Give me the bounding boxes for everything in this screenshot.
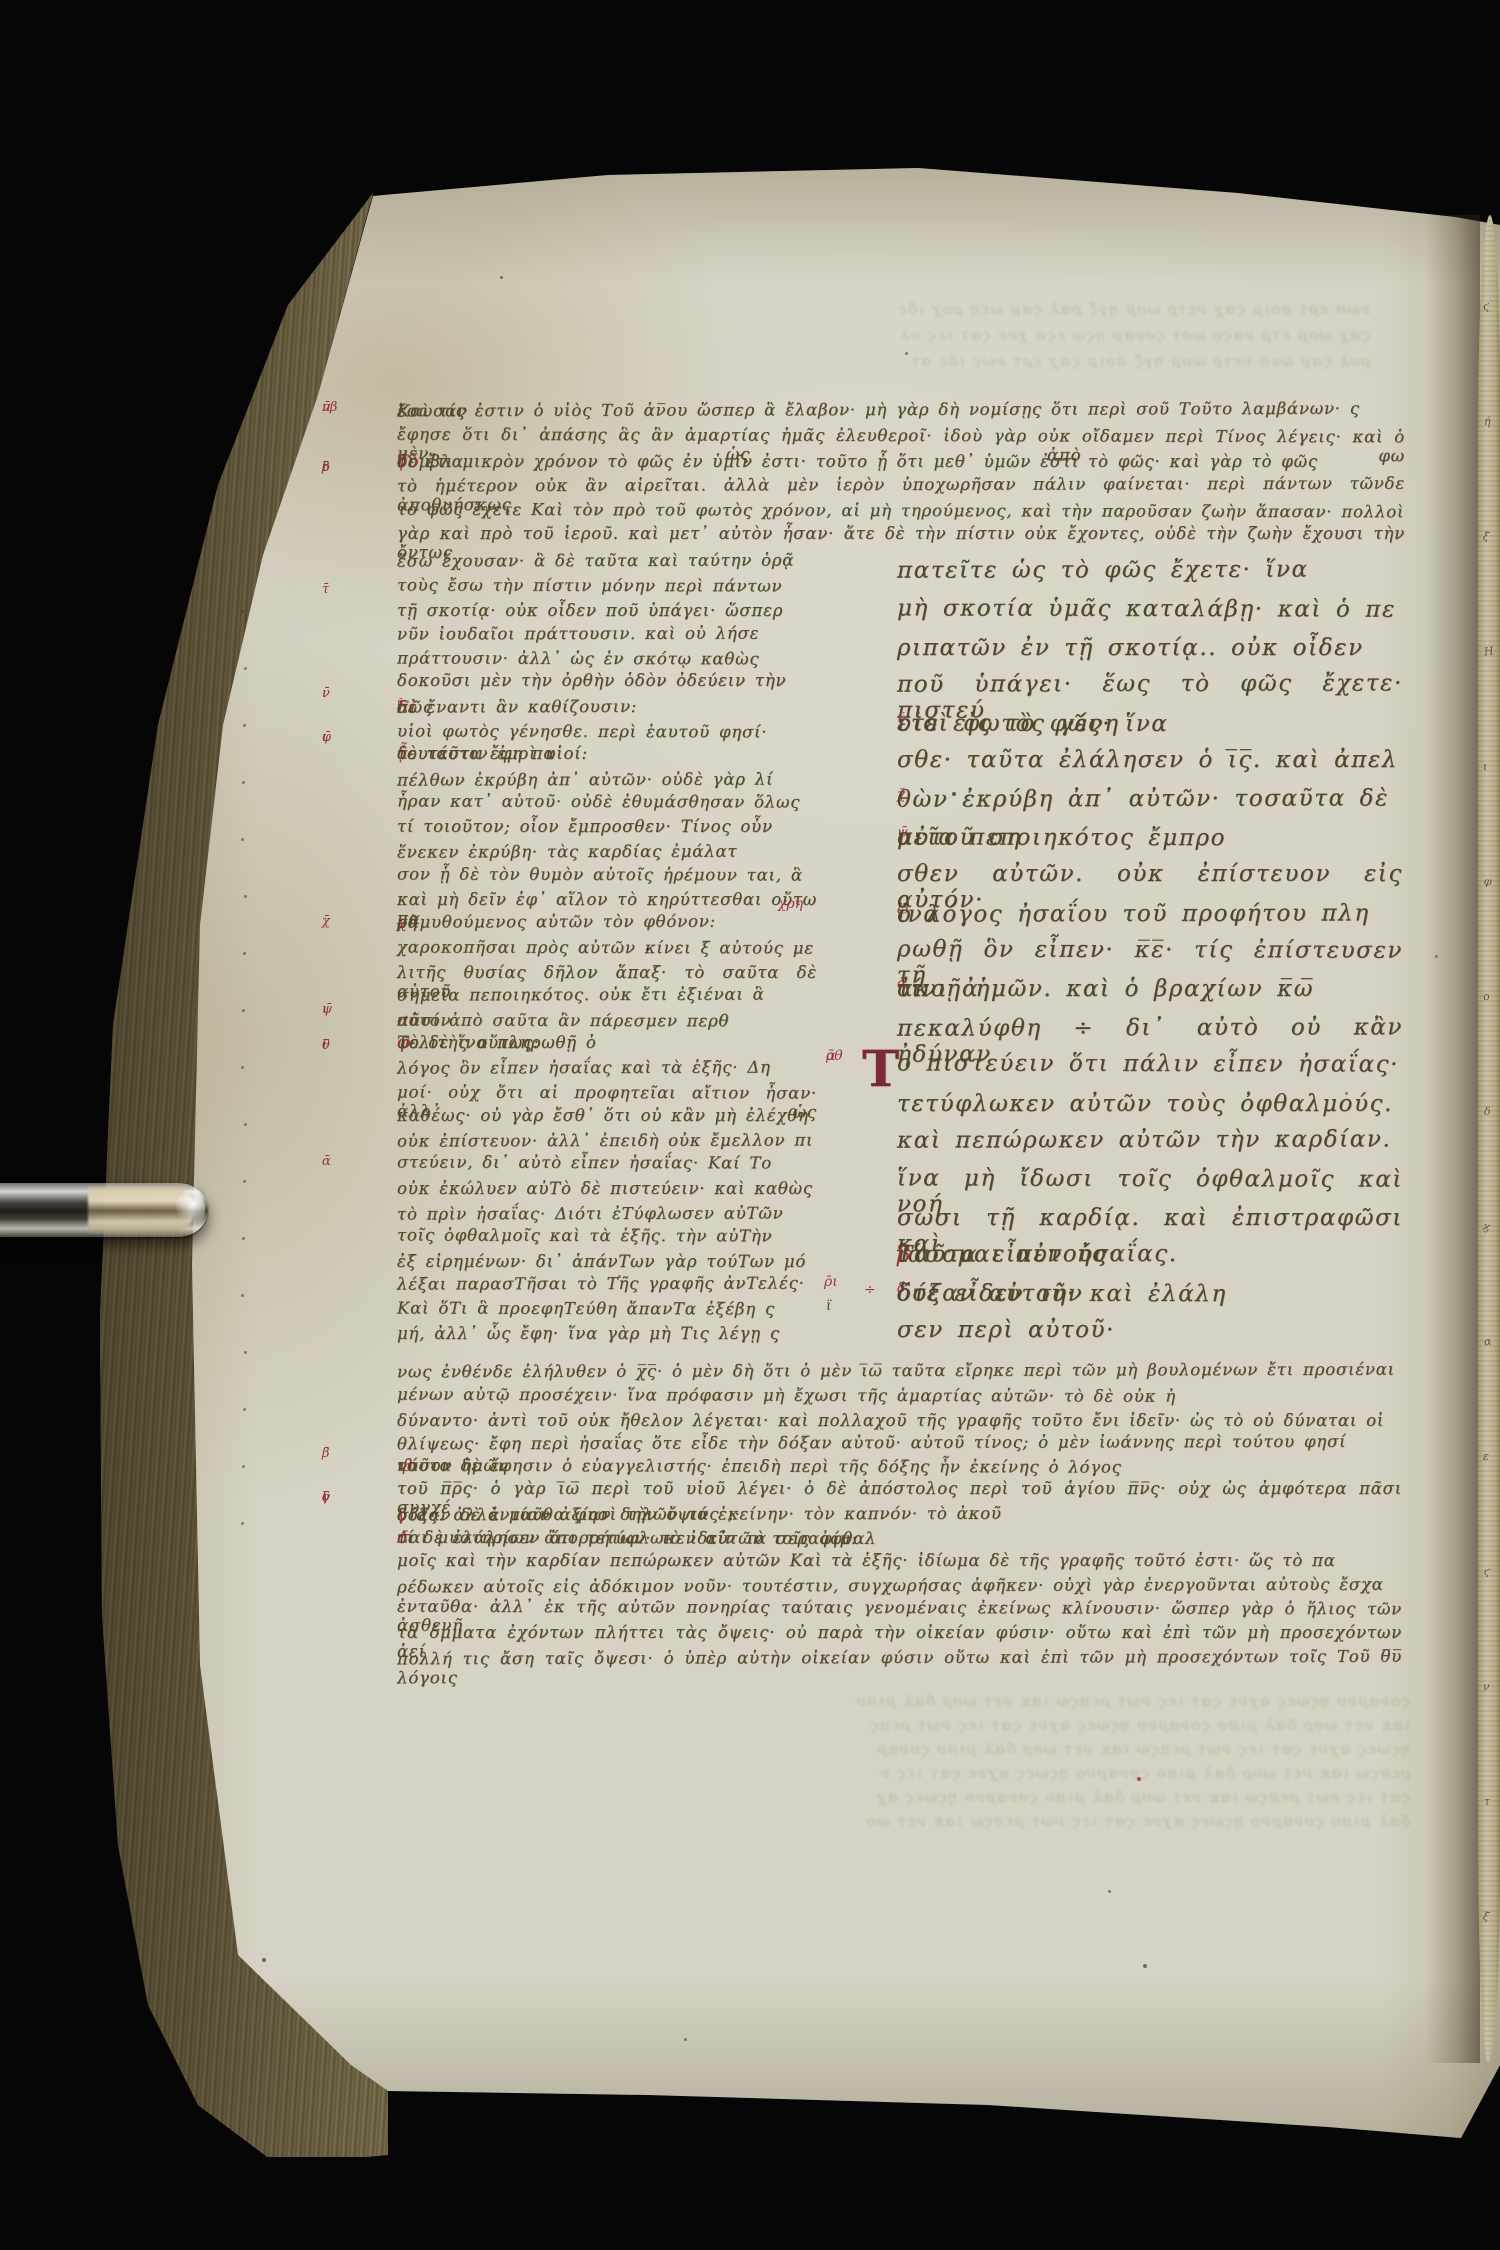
ink-text: πράττουσιν· ἀλλ᾿ ὡς ἐν σκότῳ καθὼς xyxy=(397,648,759,668)
text-line: ἔφησε ὅτι δι᾿ ἀπάσης ἃς ἂν ἁμαρτίας ἡμᾶς… xyxy=(397,425,1405,448)
text-line: ἦραν κατ᾿ αὐτοῦ· οὐδὲ ἐθυμάσθησαν ὅλως xyxy=(397,791,817,813)
ink-text: ριπατῶν ἐν τῇ σκοτίᾳ.. οὐκ οἶδεν xyxy=(897,635,1364,661)
ink-text: δόξαν δὲ ἐνταῦθα φησὶ τὴν ὄψιν ἐκείνην· … xyxy=(397,1504,1002,1525)
ink-text: οὐκ ἐπίστευον· ἀλλ᾿ ἐπειδὴ οὐκ ἔμελλον π… xyxy=(397,1130,813,1150)
fore-edge-ink-mark: τ xyxy=(1484,1795,1490,1808)
ink-text: μή, ἀλλ᾿ ὧς ἔφη· ἵνα γὰρ μὴ Τις λέγῃ ς xyxy=(397,1324,780,1343)
ink-text: δόξαν αὐτοῦ· καὶ ἐλάλη xyxy=(897,1280,1227,1307)
parchment-speck xyxy=(500,276,503,279)
text-line: τὸ πρὶν ἠσαΐας· Διότι ἐΤύφλωσεν αὐΤῶν xyxy=(397,1203,817,1225)
ink-text: Ταῦτα εἶπεν ἠσαΐας. xyxy=(897,1241,1178,1268)
text-line: πράττουσιν· ἀλλ᾿ ὡς ἐν σκότῳ καθὼς xyxy=(397,648,817,670)
text-line: τοῦ π̅ρ̅ς· ὁ γὰρ ι̅ω̅ περὶ τοῦ υἱοῦ λέγε… xyxy=(397,1479,1402,1500)
margin-numeral: νβ xyxy=(322,400,337,415)
text-line: ραμυθούμενος αὐτῶν τὸν φθόνον: χρὴ xyxy=(397,911,817,933)
fore-edge-ink-mark: ν xyxy=(1482,1680,1490,1694)
text-line: καὶ μὴ δεῖν ἐφ᾿ αἵλον τὸ κηρύττεσθαι οὕτ… xyxy=(397,890,817,911)
rubric-initial-T: Τ xyxy=(862,1046,899,1092)
text-line: χαροκοπῆσαι πρὸς αὐτῶν κίνει ξ αὐτούς με xyxy=(397,937,817,959)
text-line: ριπατῶν ἐν τῇ σκοτίᾳ.. οὐκ οἶδεν xyxy=(897,635,1403,664)
text-line: φελιτὴς οὕτως: ῶ Τὸ δὲ ἵνα πληρωθῇ ὁ xyxy=(397,1033,817,1054)
text-line: σωσι τῇ καρδίᾳ. καὶ ἐπιστραφῶσι καὶ xyxy=(897,1205,1403,1234)
text-line: υἱοὶ φωτὸς γένησθε. περὶ ἑαυτοῦ φησί· xyxy=(397,721,817,743)
ink-text: λέξαι παρασΤῆσαι τὸ Τῆς γραφῆς ἀνΤελές· xyxy=(397,1273,805,1293)
fore-edge-ink-mark: ι xyxy=(1483,760,1487,773)
margin-numeral: β̄ xyxy=(322,1446,330,1461)
pricking-hole xyxy=(241,838,244,841)
text-line: λιτῆς θυσίας δῆλον ἅπαξ· τὸ σαῦτα δὲ αὐτ… xyxy=(397,963,817,984)
parchment-speck xyxy=(262,1958,266,1962)
text-line: δὲ ἔναντι ἂν καθίζουσιν: ν̄ Εἰ πῶς xyxy=(397,696,817,718)
ink-text: δοκοῦσι μὲν τὴν ὀρθὴν ὁδὸν ὁδεύειν τὴν xyxy=(397,671,786,690)
text-line: πολλή τις ἄση ταῖς ὄψεσι· ὁ ὑπὲρ αὐτὴν ο… xyxy=(397,1647,1402,1670)
gutter-mark: χρη xyxy=(778,896,803,912)
text-line: νόμβλα ϙ̓· Τὸ δὲ ἔτι μικρὸν χρόνον τὸ φῶ… xyxy=(397,452,1405,473)
ink-text: χαροκοπῆσαι πρὸς αὐτῶν κίνει ξ αὐτούς με xyxy=(397,937,814,957)
ink-text: Τὸ δὲ ἵνα πληρωθῇ ὁ xyxy=(397,1033,597,1052)
ink-text: μένων αὐτῷ προσέχειν· ἵνα πρόφασιν μὴ ἔχ… xyxy=(397,1385,1176,1406)
text-line: μοῖς καὶ τὴν καρδίαν πεπώρωκεν αὐτῶν Καὶ… xyxy=(397,1551,1402,1572)
pricking-hole xyxy=(244,1351,247,1354)
text-line: τοὺς ἔσω τὴν πίστιν μόνην περὶ πάντων xyxy=(397,575,817,597)
text-line: πατεῖτε ὡς τὸ φῶς ἔχετε· ἵνα xyxy=(897,556,1403,586)
ink-text: Καὶ τίς ἐστιν ὁ υἱὸς Τοῦ ἀν̅ου ὥσπερ ἃ ἔ… xyxy=(397,399,1360,421)
text-line: οὐκ ἐκώλυεν αὐΤὸ δὲ πιστεύειν· καὶ καθὼς xyxy=(397,1179,817,1200)
pricking-hole xyxy=(241,610,244,613)
margin-numeral: χ̄ xyxy=(322,914,330,929)
ink-text: ἐξ εἰρημένων· δι᾿ ἁπάνΤων γὰρ τούΤων μό xyxy=(397,1252,806,1271)
ink-text: ο πιστεύειν ὅτι πάλιν εἶπεν ἠσαΐας· xyxy=(897,1050,1399,1077)
ink-text: θλίψεως· ἔφη περὶ ἠσαΐας ὅτε εἶδε τὴν δό… xyxy=(397,1432,1346,1453)
margin-numeral: δ̄ xyxy=(322,1490,330,1505)
glass-weight-rod xyxy=(0,1183,208,1237)
ink-text: τὸ πρὶν ἠσαΐας· Διότι ἐΤύφλωσεν αὐΤῶν xyxy=(397,1204,783,1224)
parchment-speck xyxy=(684,2038,687,2041)
text-line: σθε· ταῦτα ἐλάλησεν ὁ ι̅ς̅. καὶ ἀπελ xyxy=(897,747,1403,776)
parchment-speck xyxy=(618,1275,621,1278)
text-line: θλίψεως· ἔφη περὶ ἠσαΐας ὅτε εἶδε τὴν δό… xyxy=(397,1432,1402,1455)
text-line: τὸ ἡμέτερον οὐκ ἂν αἱρεῖται. ἀλλὰ μὲν ἱε… xyxy=(397,474,1405,497)
gutter-mark: ϊ xyxy=(826,1298,832,1314)
ink-text: νως ἐνθένδε ἐλήλυθεν ὁ χ̅ς̅· ὁ μὲν δὴ ὅτ… xyxy=(397,1360,1395,1382)
ink-text: τοῖς ὀφθαλμοῖς καὶ τὰ ἑξῆς. τὴν αὐΤὴν xyxy=(397,1225,772,1245)
ink-text: υἱοὶ φωτὸς γένη xyxy=(897,710,1120,737)
pricking-hole xyxy=(243,724,246,727)
text-line: ἐξ εἰρημένων· δι᾿ ἁπάνΤων γὰρ τούΤων μό xyxy=(397,1252,817,1273)
text-line: δοκοῦσι μὲν τὴν ὀρθὴν ὁδὸν ὁδεύειν τὴν xyxy=(397,671,817,692)
parchment-speck xyxy=(646,948,649,951)
pricking-hole xyxy=(241,1066,244,1069)
text-line: μή, ἀλλ᾿ ὧς ἔφη· ἵνα γὰρ μὴ Τις λέγῃ ς xyxy=(397,1324,817,1345)
fore-edge-ink-mark: Η xyxy=(1483,644,1494,658)
fore-edge-ink-mark: ή xyxy=(1484,415,1491,428)
text-line: ἔσω ἔχουσαν· ἃ δὲ ταῦτα καὶ ταύτην ὁρᾷ xyxy=(397,550,817,572)
text-line: σίας. ἀλλὰ μίαν ἀξίαν δηλῶν τάς ;· γ̄ δό… xyxy=(397,1503,1402,1526)
text-line: λέξαι παρασΤῆσαι τὸ Τῆς γραφῆς ἀνΤελές· xyxy=(397,1273,817,1295)
ink-text: δὲ ταῦτα ἔφη πα xyxy=(397,744,555,763)
glass-rod-tip-highlight xyxy=(175,1190,205,1230)
text-line: ἐνταῦθα· ἀλλ᾿ ἐκ τῆς αὐτῶν πονηρίας ταύτ… xyxy=(397,1597,1402,1620)
gutter-mark: ÷ xyxy=(864,1282,876,1298)
text-line: Καὶ ὅΤι ἃ προεφηΤεύθη ἅπανΤα ἐξέβη ς xyxy=(397,1298,817,1320)
ink-text: δὲ ἔτι μικρὸν χρόνον τὸ φῶς ἐν ὑμῖν ἐστι… xyxy=(397,452,1318,471)
pricking-hole xyxy=(244,667,247,670)
text-line: τὸ φῶς ἔχετε Καὶ τὸν πρὸ τοῦ φωτὸς χρόνο… xyxy=(397,500,1405,523)
parchment-speck xyxy=(1345,1092,1348,1095)
margin-numeral: ᾱ xyxy=(322,1154,331,1169)
text-line: μοί· οὐχ ὅτι αἱ προφητεῖαι αἴτιον ἦσαν· … xyxy=(397,1082,817,1104)
text-line: ἵνα ω̄ ὁ λόγος ἠσαΐου τοῦ προφήτου πλη xyxy=(897,900,1403,930)
ink-text: καὶ πεπώρωκεν αὐτῶν τὴν καρδίαν. xyxy=(897,1126,1391,1153)
text-line: πέλθων ἐκρύβη ἀπ᾿ αὐτῶν· οὐδὲ γὰρ λί xyxy=(397,769,817,791)
ink-text: μεῖα πεποιηκότος ἔμπρο xyxy=(897,824,1226,851)
ink-text: τῇ σκοτίᾳ· οὐκ οἶδεν ποῦ ὑπάγει· ὥσπερ xyxy=(397,601,783,620)
margin-numeral: θ̄ xyxy=(322,1038,330,1053)
text-line: αὐτοῦ σηψ̄μεῖα πεποιηκότος ἔμπρο xyxy=(897,824,1403,854)
handwritten-text-layer: ἔσωσαν ⁖ Καὶ τίς ἐστιν ὁ υἱὸς Τοῦ ἀν̅ου … xyxy=(0,0,1500,2250)
ink-text: υἱοὶ φωτὸς γένησθε. περὶ ἑαυτοῦ φησί· xyxy=(397,721,767,741)
ink-text: τίνι ἀ xyxy=(897,976,979,1002)
ink-text: τοὺς ἔσω τὴν πίστιν μόνην περὶ πάντων xyxy=(397,575,782,595)
ink-text: ἕνεκεν ἐκρύβη· τὰς καρδίας ἐμάλατ xyxy=(397,842,737,862)
ink-text: σεν περὶ αὐτοῦ· xyxy=(897,1317,1115,1343)
pricking-hole xyxy=(243,1408,246,1411)
pricking-hole xyxy=(242,1009,245,1012)
ink-text: καθέως· οὐ γὰρ ἔσθ᾿ ὅτι οὐ κἂν μὴ ἐλέχθη xyxy=(397,1106,809,1125)
ink-text: ρὴ xyxy=(397,912,418,931)
pricking-hole xyxy=(242,1465,245,1468)
margin-numeral: ι xyxy=(322,1002,327,1017)
text-line: τί τοιοῦτον; οἷον ἔμπροσθεν· Τίνος οὖν xyxy=(397,817,817,838)
ink-text: μὴ σκοτία ὑμᾶς καταλάβῃ· καὶ ὁ πε xyxy=(897,595,1396,622)
parchment-speck xyxy=(1435,955,1438,958)
text-line: χ̄θὼν ἐκρύβη ἀπ᾿ αὐτῶν· τοσαῦτα δὲ xyxy=(897,785,1403,815)
text-line: σθεν αὐτῶν. οὐκ ἐπίστευον εἰς αὐτόν· xyxy=(897,861,1403,890)
parchment-speck xyxy=(905,352,908,355)
text-line: τῇ σκοτίᾳ· οὐκ οἶδεν ποῦ ὑπάγει· ὥσπερ xyxy=(397,601,817,622)
photo-stage: νωσ ερτ ποιμ ςαχ νετρ ωομ ηγξ ραλ ςαμ ωε… xyxy=(0,0,1500,2250)
text-line: λόγος ὃν εἶπεν ἠσαΐας καὶ τὰ ἑξῆς· Δη xyxy=(397,1057,817,1079)
text-line: νόσον ἡμῶν ·β̄· ταῦτα δὲ ἔφησιν ὁ εὐαγγε… xyxy=(397,1456,1402,1479)
ink-text: πατεῖτε ὡς τὸ φῶς ἔχετε· ἵνα xyxy=(897,557,1309,584)
text-line: ἰάσομαι αὐτούς· β̄ Ταῦτα εἶπεν ἠσαΐας. xyxy=(897,1240,1403,1270)
text-line: ἔσωσαν ⁖ Καὶ τίς ἐστιν ὁ υἱὸς Τοῦ ἀν̅ου … xyxy=(397,399,1405,422)
text-line: μὴ σκοτία ὑμᾶς καταλάβῃ· καὶ ὁ πε xyxy=(897,595,1403,625)
fore-edge-ink-mark: φ xyxy=(1483,875,1492,889)
text-line: νως ἐνθένδε ἐλήλυθεν ὁ χ̅ς̅· ὁ μὲν δὴ ὅτ… xyxy=(397,1360,1402,1383)
ink-text: στεύειν, δι᾿ αὐτὸ εἶπεν ἠσαΐας· Καί Το xyxy=(397,1152,772,1172)
text-line: ρωθῇ ὃν εἶπεν· κ̅ε̅· τίς ἐπίστευσεν τῇ xyxy=(897,936,1403,966)
ink-text: τὸ φῶς ἔχετε Καὶ τὸν πρὸ τοῦ φωτὸς χρόνο… xyxy=(397,500,1404,522)
pricking-hole xyxy=(243,952,246,955)
text-line: ποῦ ὑπάγει· ἕως τὸ φῶς ἔχετε· πιστεύ xyxy=(897,670,1403,700)
ink-text: τετύφλωκεν αὐτῶν τοὺς ὀφθαλμούς. xyxy=(897,1091,1393,1117)
text-line: καθέως· οὐ γὰρ ἔσθ᾿ ὅτι οὐ κἂν μὴ ἐλέχθη xyxy=(397,1106,817,1127)
text-line: μένων αὐτῷ προσέχειν· ἵνα πρόφασιν μὴ ἔχ… xyxy=(397,1385,1402,1408)
margin-numeral: ι xyxy=(322,686,327,701)
pricking-hole xyxy=(244,1123,247,1126)
text-line: αὐτόν ⁖ πᾶσι ἀπὸ σαῦτα ἂν πάρεσμεν περθ xyxy=(397,1010,817,1032)
text-line: ἵνα μὴ ἴδωσι τοῖς ὀφθαλμοῖς καὶ νοή xyxy=(897,1165,1403,1195)
ink-text: σθε· ταῦτα ἐλάλησεν ὁ ι̅ς̅. καὶ ἀπελ xyxy=(897,747,1398,773)
text-line: τὰ ὄμματα ἐχόντων πλήττει τὰς ὄψεις· οὐ … xyxy=(397,1623,1402,1644)
pricking-hole xyxy=(243,1180,246,1183)
ink-text: σον ᾗ δὲ τὸν θυμὸν αὐτοῖς ἠρέμουν ται, ἃ xyxy=(397,864,803,884)
margin-numeral: ο xyxy=(322,460,330,475)
fore-edge-ink-mark: ο xyxy=(1482,990,1490,1004)
ink-text: πολλή τις ἄση ταῖς ὄψεσι· ὁ ὑπὲρ αὐτὴν ο… xyxy=(397,1647,1402,1688)
text-line: γὰρ καὶ πρὸ τοῦ ἱεροῦ. καὶ μετ᾿ αὐτὸν ἦσ… xyxy=(397,524,1405,545)
ink-text: θὼν ἐκρύβη ἀπ᾿ αὐτῶν· τοσαῦτα δὲ xyxy=(897,785,1389,812)
text-line: ἀκοῇ ἡμῶν. καὶ ὁ βραχίων κ̅ω̅ ᾱ τίνι ἀ xyxy=(897,976,1403,1005)
ink-text: πᾶσι ἀπὸ σαῦτα ἂν πάρεσμεν περθ xyxy=(397,1010,729,1030)
fore-edge-ink-mark: δ xyxy=(1484,1105,1491,1118)
ink-text: πέλθων ἐκρύβη ἀπ᾿ αὐτῶν· οὐδὲ γὰρ λί xyxy=(397,770,773,790)
text-line: σον ᾗ δὲ τὸν θυμὸν αὐτοῖς ἠρέμουν ται, ἃ xyxy=(397,864,817,886)
pricking-hole xyxy=(241,1522,244,1525)
text-line: ρέδωκεν αὐτοῖς εἰς ἀδόκιμον νοῦν· τουτέσ… xyxy=(397,1575,1402,1598)
ink-text: οὐκ ἐκώλυεν αὐΤὸ δὲ πιστεύειν· καὶ καθὼς xyxy=(397,1179,813,1198)
fore-edge-ink-mark: ε xyxy=(1483,1450,1489,1463)
text-line: σεν περὶ αὐτοῦ· xyxy=(897,1317,1403,1346)
text-line: τετύφλωκεν αὐτῶν τοὺς ὀφθαλμούς. xyxy=(897,1091,1403,1120)
text-line: τουτέστιν ἐμοὶ υἱοί: ᾆ δὲ ταῦτα ἔφη πα xyxy=(397,744,817,765)
pricking-hole xyxy=(242,781,245,784)
parchment-speck xyxy=(1137,1777,1141,1781)
text-line: ὅτε εἶδεν τὴν δ̄ δόξαν αὐτοῦ· καὶ ἐλάλη xyxy=(897,1280,1403,1310)
ink-text: ταῦτα δὲ ἔφησιν ὁ εὐαγγελιστής· ἐπειδὴ π… xyxy=(397,1456,1122,1477)
ink-text: σημεῖα πεποιηκότος. οὐκ ἔτι ἐξιέναι ἃ xyxy=(397,985,765,1005)
text-line: καὶ πεπώρωκεν αὐτῶν τὴν καρδίαν. xyxy=(897,1126,1403,1156)
ink-text: τί δὲ ἐλάλησεν ὅτι τετύφλωκεν αὐτῶν τοῖς… xyxy=(397,1528,876,1548)
ink-text: Καὶ ὅΤι ἃ προεφηΤεύθη ἅπανΤα ἐξέβη ς xyxy=(397,1298,775,1318)
text-line: δύναντο· ἀντὶ τοῦ οὐκ ἤθελον λέγεται· κα… xyxy=(397,1411,1402,1432)
text-line: νῦν ἰουδαῖοι πράττουσιν. καὶ οὐ λήσε xyxy=(397,623,817,645)
ink-text: δύναντο· ἀντὶ τοῦ οὐκ ἤθελον λέγεται· κα… xyxy=(397,1411,1384,1430)
ink-text: ρέδωκεν αὐτοῖς εἰς ἀδόκιμον νοῦν· τουτέσ… xyxy=(397,1575,1384,1597)
pricking-hole xyxy=(241,1294,244,1297)
parchment-speck xyxy=(1108,1890,1111,1893)
text-line: ο πιστεύειν ὅτι πάλιν εἶπεν ἠσαΐας· xyxy=(897,1050,1403,1080)
text-line: οὐκ ἐπίστευον· ἀλλ᾿ ἐπειδὴ οὐκ ἔμελλον π… xyxy=(397,1130,817,1152)
ink-text: τί τοιοῦτον; οἷον ἔμπροσθεν· Τίνος οὖν xyxy=(397,817,773,836)
gutter-mark: ρ̄ι xyxy=(824,1274,838,1290)
parchment-speck xyxy=(1143,1964,1147,1968)
ink-text: ἦραν κατ᾿ αὐτοῦ· οὐδὲ ἐθυμάσθησαν ὅλως xyxy=(397,791,800,811)
margin-numeral: ι xyxy=(322,730,327,745)
pricking-hole xyxy=(244,895,247,898)
text-line: πεκαλύφθη ÷ δι᾿ αὐτὸ οὐ κἂν ἠδύναν xyxy=(897,1014,1403,1044)
text-line: σημεῖα πεποιηκότος. οὐκ ἔτι ἐξιέναι ἃ xyxy=(397,984,817,1006)
fore-edge-ink-mark: α xyxy=(1483,1335,1492,1349)
ink-text: ὁ λόγος ἠσαΐου τοῦ προφήτου πλη xyxy=(897,900,1370,927)
parchment-speck xyxy=(952,792,956,796)
ink-text: πῶς xyxy=(397,697,433,716)
ink-text: νῦν ἰουδαῖοι πράττουσιν. καὶ οὐ λήσε xyxy=(397,624,759,644)
text-line: τοῖς ὀφθαλμοῖς καὶ τὰ ἑξῆς. τὴν αὐΤὴν xyxy=(397,1225,817,1247)
pricking-hole xyxy=(242,1237,245,1240)
ink-text: μοῖς καὶ τὴν καρδίαν πεπώρωκεν αὐτῶν Καὶ… xyxy=(397,1551,1336,1570)
text-line: ετε εἰς τὸ φῶς· ἵνα ϋυἱοὶ φωτὸς γένη xyxy=(897,710,1403,740)
ink-text: ραμυθούμενος αὐτῶν τὸν φθόνον: xyxy=(397,912,716,932)
text-line: στεύειν, δι᾿ αὐτὸ εἶπεν ἠσαΐας· Καί Το xyxy=(397,1152,817,1174)
gutter-mark: ᾱ xyxy=(826,1048,835,1064)
margin-numeral: τ̄ xyxy=(322,582,329,597)
ink-text: λόγος ὃν εἶπεν ἠσαΐας καὶ τὰ ἑξῆς· Δη xyxy=(397,1058,771,1078)
ink-text: ἔσω ἔχουσαν· ἃ δὲ ταῦτα καὶ ταύτην ὁρᾷ xyxy=(397,551,794,571)
text-line: σαι μυστηρίων ἀπορρήτων· τὸ ἰδεῖν τὰ σερ… xyxy=(397,1528,1402,1551)
text-line: ἕνεκεν ἐκρύβη· τὰς καρδίας ἐμάλατ xyxy=(397,841,817,863)
